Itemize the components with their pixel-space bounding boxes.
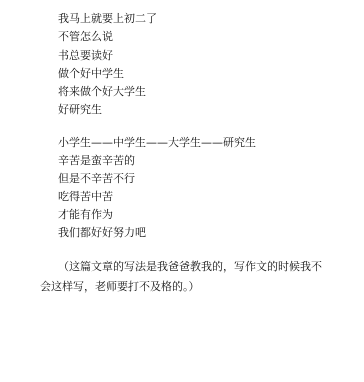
- poem-line: 但是不辛苦不行: [58, 172, 135, 185]
- poem-line: 小学生——中学生——大学生——研究生: [58, 136, 256, 149]
- poem-line: 才能有作为: [58, 208, 113, 221]
- note-line-2: 会这样写，老师要打不及格的。）: [40, 276, 340, 298]
- poem-line: 好研究生: [58, 103, 102, 116]
- poem-line: 做个好中学生: [58, 67, 124, 80]
- poem-line: 不管怎么说: [58, 30, 113, 43]
- poem-line: 我马上就要上初二了: [58, 12, 157, 25]
- poem-line: 我们都好好努力吧: [58, 226, 146, 239]
- poem-line: 辛苦是蛮辛苦的: [58, 154, 135, 167]
- poem-line: 吃得苦中苦: [58, 190, 113, 203]
- poem-line: 将来做个好大学生: [58, 85, 146, 98]
- poem-line: 书总要读好: [58, 49, 113, 62]
- note-line-1: （这篇文章的写法是我爸爸教我的，写作文的时候我不: [58, 256, 358, 278]
